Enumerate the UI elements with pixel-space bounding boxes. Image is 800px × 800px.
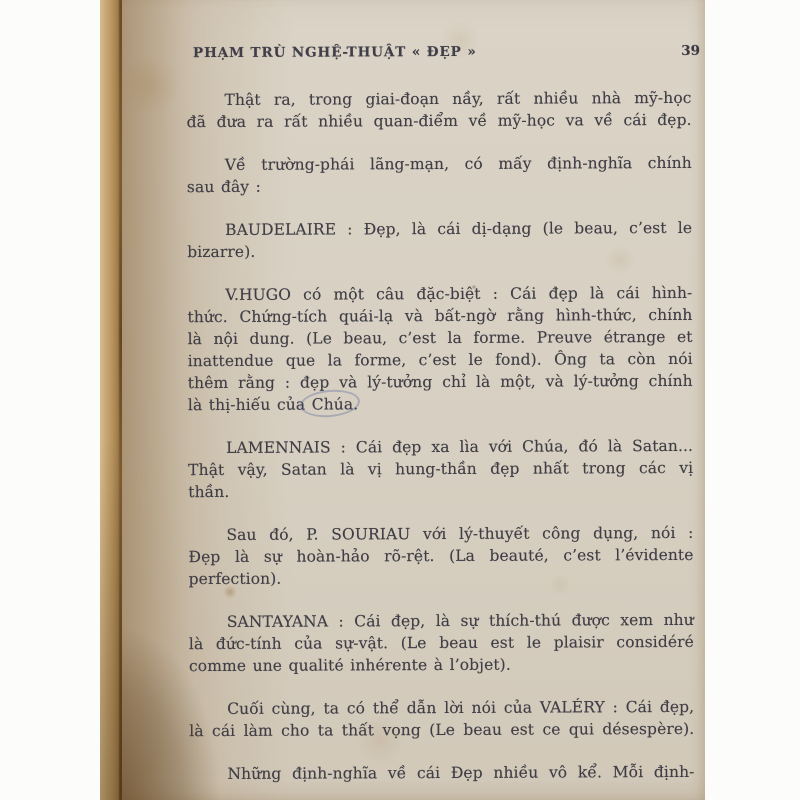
text-line: Thật ra, trong giai-đoạn nầy, rất nhiều …: [186, 87, 691, 111]
paragraph: Thật ra, trong giai-đoạn nầy, rất nhiều …: [186, 87, 691, 133]
paragraph: Những định-nghĩa về cái Đẹp nhiều vô kể.…: [189, 761, 694, 785]
page-number: 39: [681, 43, 700, 59]
screenshot-root: { "colors": { "background": "#fcfcfb", "…: [0, 0, 800, 800]
text-line: Thật vậy, Satan là vị hung-thần đẹp nhất…: [188, 457, 693, 481]
paragraph: Cuối cùng, ta có thể dẫn lời nói của VAL…: [189, 696, 694, 742]
text-line: thức. Chứng-tích quái-lạ và bất-ngờ rằng…: [187, 304, 692, 328]
text-line: perfection).: [189, 566, 694, 590]
running-title: PHẠM TRÙ NGHỆ-THUẬT « ĐẸP »: [193, 44, 477, 61]
paragraph: V.HUGO có một câu đặc-biệt : Cái đẹp là …: [187, 282, 693, 416]
text-line: thêm rằng : đẹp và lý-tưởng chỉ là một, …: [188, 370, 693, 394]
text-column: Thật ra, trong giai-đoạn nầy, rất nhiều …: [186, 87, 694, 785]
text-line: SANTAYANA : Cái đẹp, là sự thích-thú đượ…: [189, 609, 694, 633]
text-line: Về trường-phái lãng-mạn, có mấy định-ngh…: [187, 152, 692, 176]
text-line: là cái làm cho ta thất vọng (Le beau est…: [189, 718, 694, 742]
text-line: là đức-tính của sự-vật. (Le beau est le …: [189, 631, 694, 655]
text-line: sau đây :: [187, 174, 692, 198]
text-line: bizarre).: [187, 239, 692, 263]
text-line: comme une qualité inhérente à l’objet).: [189, 653, 694, 677]
text-line: Những định-nghĩa về cái Đẹp nhiều vô kể.…: [189, 761, 694, 785]
book-page: PHẠM TRÙ NGHỆ-THUẬT « ĐẸP » 39 Thật ra, …: [122, 0, 705, 800]
text-line: Đẹp là sự hoàn-hảo rõ-rệt. (La beauté, c…: [188, 544, 693, 568]
text-line: Sau đó, P. SOURIAU với lý-thuyết công dụ…: [188, 522, 693, 546]
paragraph: BAUDELAIRE : Đẹp, là cái dị-dạng (le bea…: [187, 217, 692, 263]
paragraph: SANTAYANA : Cái đẹp, là sự thích-thú đượ…: [189, 609, 694, 677]
text-line: V.HUGO có một câu đặc-biệt : Cái đẹp là …: [187, 282, 692, 306]
text-line: thần.: [188, 479, 693, 503]
text-line: BAUDELAIRE : Đẹp, là cái dị-dạng (le bea…: [187, 217, 692, 241]
page-header: PHẠM TRÙ NGHỆ-THUẬT « ĐẸP » 39: [193, 43, 700, 61]
text-line: là nội dung. (Le beau, c’est la forme. P…: [188, 326, 693, 350]
text-line: Cuối cùng, ta có thể dẫn lời nói của VAL…: [189, 696, 694, 720]
paragraph: Về trường-phái lãng-mạn, có mấy định-ngh…: [187, 152, 692, 198]
book-page-photo: PHẠM TRÙ NGHỆ-THUẬT « ĐẸP » 39 Thật ra, …: [100, 0, 705, 800]
text-line: đã đưa ra rất nhiều quan-điểm về mỹ-học …: [187, 109, 692, 133]
text-line: LAMENNAIS : Cái đẹp xa lìa với Chúa, đó …: [188, 435, 693, 459]
text-line: là thị-hiếu của Chúa.: [188, 392, 693, 416]
paragraph: Sau đó, P. SOURIAU với lý-thuyết công dụ…: [188, 522, 693, 590]
text-line: inattendue que la forme, c’est le fond).…: [188, 348, 693, 372]
paragraph: LAMENNAIS : Cái đẹp xa lìa với Chúa, đó …: [188, 435, 693, 503]
